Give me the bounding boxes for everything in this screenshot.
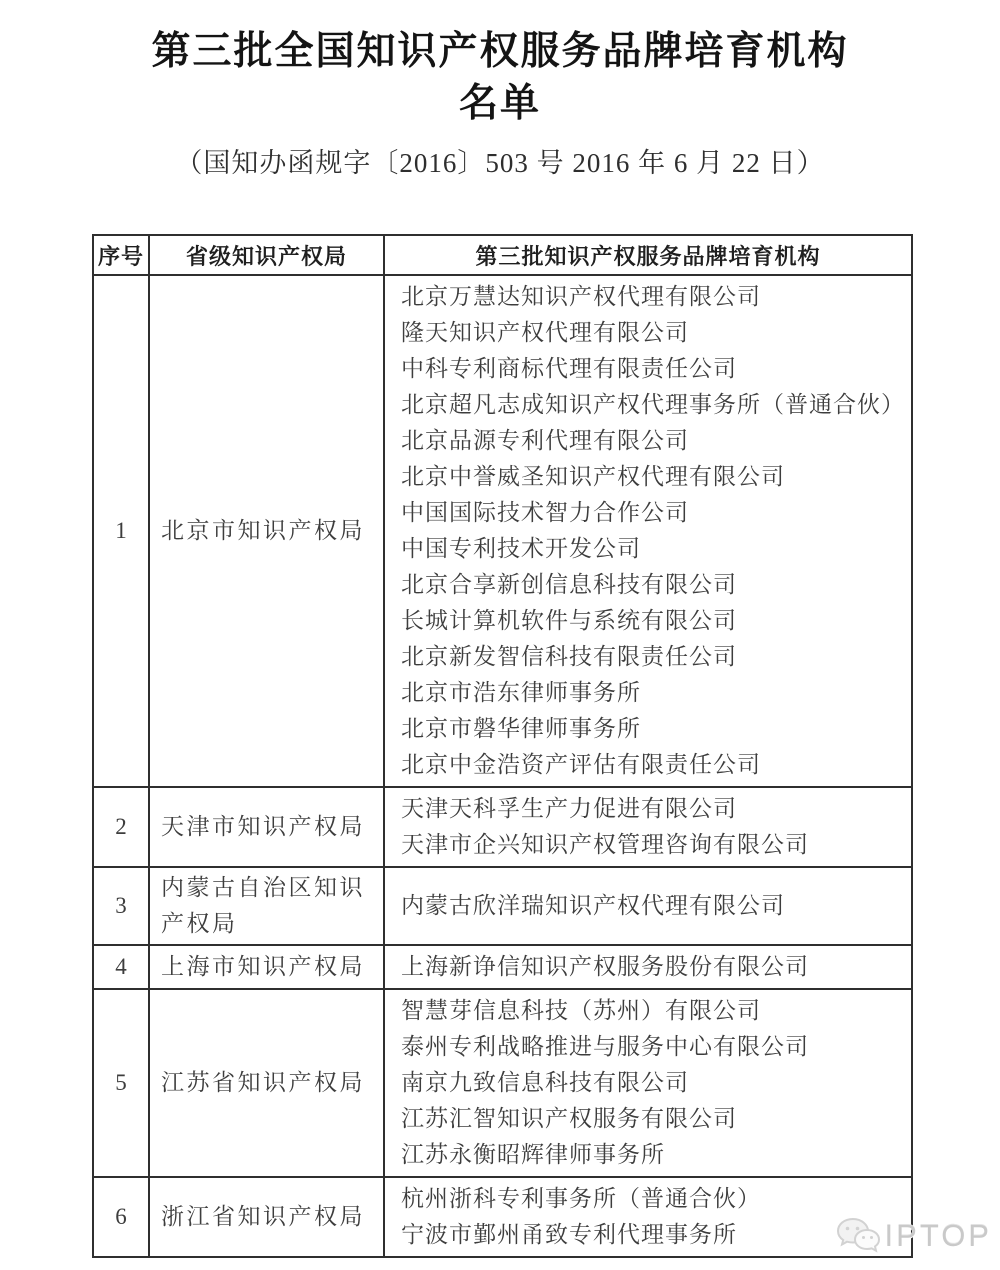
row-provincial-office: 天津市知识产权局 (149, 787, 384, 867)
institution-line: 北京中誉威圣知识产权代理有限公司 (401, 459, 905, 495)
institution-line: 江苏汇智知识产权服务有限公司 (401, 1101, 905, 1137)
institution-line: 北京万慧达知识产权代理有限公司 (401, 279, 905, 315)
institution-line: 北京市浩东律师事务所 (401, 675, 905, 711)
institution-line: 天津天科孚生产力促进有限公司 (401, 791, 905, 827)
document-title: 第三批全国知识产权服务品牌培育机构 名单 (0, 0, 1000, 130)
institution-line: 北京合享新创信息科技有限公司 (401, 567, 905, 603)
institution-line: 北京中金浩资产评估有限责任公司 (401, 747, 905, 783)
table-row: 5江苏省知识产权局智慧芽信息科技（苏州）有限公司泰州专利战略推进与服务中心有限公… (93, 989, 912, 1177)
table-body: 1北京市知识产权局北京万慧达知识产权代理有限公司隆天知识产权代理有限公司中科专利… (93, 275, 912, 1257)
row-serial-number: 2 (93, 787, 149, 867)
institution-line: 中国专利技术开发公司 (401, 531, 905, 567)
title-line-1: 第三批全国知识产权服务品牌培育机构 (0, 26, 1000, 78)
institution-line: 隆天知识产权代理有限公司 (401, 315, 905, 351)
row-institutions: 上海新诤信知识产权服务股份有限公司 (384, 945, 912, 989)
institution-line: 中科专利商标代理有限责任公司 (401, 351, 905, 387)
header-institutions: 第三批知识产权服务品牌培育机构 (384, 235, 912, 275)
row-provincial-office: 上海市知识产权局 (149, 945, 384, 989)
institution-line: 上海新诤信知识产权服务股份有限公司 (401, 949, 905, 985)
institution-line: 天津市企兴知识产权管理咨询有限公司 (401, 827, 905, 863)
row-institutions: 天津天科孚生产力促进有限公司天津市企兴知识产权管理咨询有限公司 (384, 787, 912, 867)
header-serial-number: 序号 (93, 235, 149, 275)
row-institutions: 内蒙古欣洋瑞知识产权代理有限公司 (384, 867, 912, 945)
row-serial-number: 4 (93, 945, 149, 989)
wechat-icon (835, 1216, 881, 1256)
institution-line: 宁波市鄞州甬致专利代理事务所 (401, 1217, 905, 1253)
row-serial-number: 1 (93, 275, 149, 787)
row-serial-number: 5 (93, 989, 149, 1177)
row-institutions: 北京万慧达知识产权代理有限公司隆天知识产权代理有限公司中科专利商标代理有限责任公… (384, 275, 912, 787)
institution-line: 北京市磐华律师事务所 (401, 711, 905, 747)
table-row: 3内蒙古自治区知识产权局内蒙古欣洋瑞知识产权代理有限公司 (93, 867, 912, 945)
institution-line: 北京超凡志成知识产权代理事务所（普通合伙） (401, 387, 905, 423)
row-institutions: 杭州浙科专利事务所（普通合伙）宁波市鄞州甬致专利代理事务所 (384, 1177, 912, 1257)
row-provincial-office: 江苏省知识产权局 (149, 989, 384, 1177)
table-row: 4上海市知识产权局上海新诤信知识产权服务股份有限公司 (93, 945, 912, 989)
row-serial-number: 6 (93, 1177, 149, 1257)
institution-line: 智慧芽信息科技（苏州）有限公司 (401, 993, 905, 1029)
document-page: 第三批全国知识产权服务品牌培育机构 名单 （国知办函规字〔2016〕503 号 … (0, 0, 1000, 1270)
row-provincial-office: 内蒙古自治区知识产权局 (149, 867, 384, 945)
row-serial-number: 3 (93, 867, 149, 945)
institution-line: 南京九致信息科技有限公司 (401, 1065, 905, 1101)
institutions-table: 序号 省级知识产权局 第三批知识产权服务品牌培育机构 1北京市知识产权局北京万慧… (92, 234, 913, 1258)
document-number-subtitle: （国知办函规字〔2016〕503 号 2016 年 6 月 22 日） (0, 146, 1000, 180)
table-row: 6浙江省知识产权局杭州浙科专利事务所（普通合伙）宁波市鄞州甬致专利代理事务所 (93, 1177, 912, 1257)
institution-line: 长城计算机软件与系统有限公司 (401, 603, 905, 639)
table-row: 2天津市知识产权局天津天科孚生产力促进有限公司天津市企兴知识产权管理咨询有限公司 (93, 787, 912, 867)
iptop-watermark: IPTOP (835, 1216, 992, 1256)
row-provincial-office: 浙江省知识产权局 (149, 1177, 384, 1257)
header-provincial-office: 省级知识产权局 (149, 235, 384, 275)
institution-line: 杭州浙科专利事务所（普通合伙） (401, 1181, 905, 1217)
institution-line: 泰州专利战略推进与服务中心有限公司 (401, 1029, 905, 1065)
institution-line: 内蒙古欣洋瑞知识产权代理有限公司 (401, 888, 905, 924)
row-provincial-office: 北京市知识产权局 (149, 275, 384, 787)
table-row: 1北京市知识产权局北京万慧达知识产权代理有限公司隆天知识产权代理有限公司中科专利… (93, 275, 912, 787)
watermark-label: IPTOP (885, 1218, 992, 1254)
row-institutions: 智慧芽信息科技（苏州）有限公司泰州专利战略推进与服务中心有限公司南京九致信息科技… (384, 989, 912, 1177)
table-header-row: 序号 省级知识产权局 第三批知识产权服务品牌培育机构 (93, 235, 912, 275)
institution-line: 中国国际技术智力合作公司 (401, 495, 905, 531)
institution-line: 江苏永衡昭辉律师事务所 (401, 1137, 905, 1173)
institution-line: 北京品源专利代理有限公司 (401, 423, 905, 459)
title-line-2: 名单 (0, 78, 1000, 130)
institution-line: 北京新发智信科技有限责任公司 (401, 639, 905, 675)
